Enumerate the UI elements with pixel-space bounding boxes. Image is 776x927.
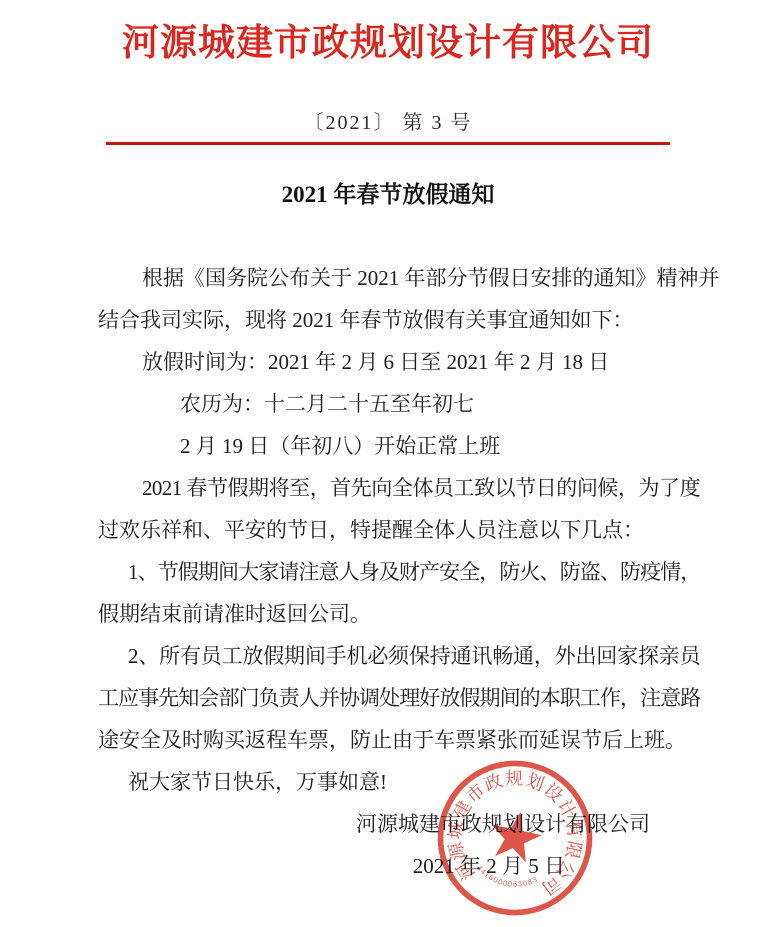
body-line: 2、所有员工放假期间手机必须保持通讯畅通，外出回家探亲员 [98,635,700,677]
signature-company: 河源城建市政规划设计有限公司 [98,803,700,845]
body-line: 根据《国务院公布关于 2021 年部分节假日安排的通知》精神并 [98,257,700,299]
body-line: 2021 春节假期将至，首先向全体员工致以节日的问候，为了度 [98,467,700,509]
body-line: 祝大家节日快乐，万事如意! [98,761,700,803]
body-line: 结合我司实际，现将 2021 年春节放假有关事宜通知如下： [98,299,700,341]
notice-title: 2021 年春节放假通知 [0,179,776,211]
doc-number: 〔2021〕 第 3 号 [0,110,776,136]
signature-date: 2021 年 2 月 5 日 [98,845,700,887]
body-line: 放假时间为：2021 年 2 月 6 日至 2021 年 2 月 18 日 [98,341,700,383]
company-name-header: 河源城建市政规划设计有限公司 [0,0,776,66]
body-line: 1、节假期间大家请注意人身及财产安全，防火、防盗、防疫情， [98,551,700,593]
body-line: 假期结束前请准时返回公司。 [98,593,700,635]
body-line: 农历为：十二月二十五至年初七 [98,383,700,425]
body-line: 工应事先知会部门负责人并协调处理好放假期间的本职工作，注意路 [98,677,700,719]
body-line: 过欢乐祥和、平安的节日，特提醒全体人员注意以下几点： [98,509,700,551]
body-line: 2 月 19 日（年初八）开始正常上班 [98,425,700,467]
red-divider [106,142,670,145]
notice-document: 河源城建市政规划设计有限公司 〔2021〕 第 3 号 2021 年春节放假通知… [0,0,776,927]
body-line: 途安全及时购买返程车票，防止由于车票紧张而延误节后上班。 [98,719,700,761]
notice-body: 根据《国务院公布关于 2021 年部分节假日安排的通知》精神并 结合我司实际，现… [0,257,776,887]
